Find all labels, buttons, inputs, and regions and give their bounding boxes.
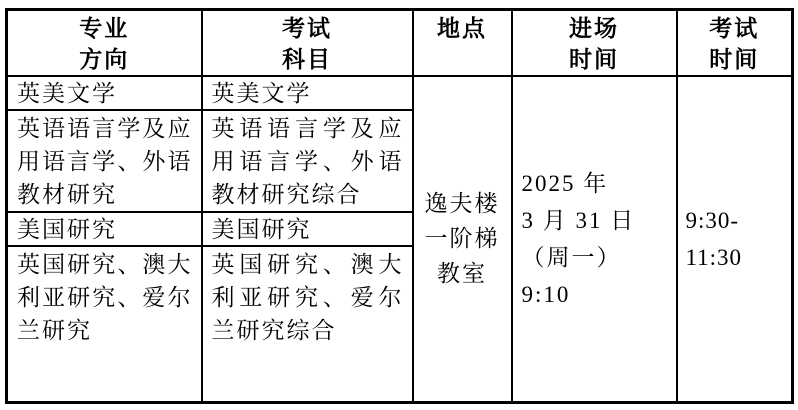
cell-location: 逸夫楼 一阶梯 教室 (413, 76, 512, 402)
header-exam-time: 考试 时间 (677, 10, 793, 77)
cell-major-4: 英国研究、澳大利亚研究、爱尔兰研究 (7, 246, 202, 402)
cell-entry-time: 2025 年 3 月 31 日 （周一） 9:10 (512, 76, 677, 402)
header-exam-subject: 考试 科目 (202, 10, 413, 77)
cell-major-2: 英语语言学及应用语言学、外语教材研究 (7, 110, 202, 212)
cell-exam-time: 9:30- 11:30 (677, 76, 793, 402)
header-row: 专业 方向 考试 科目 地点 进场 时间 考试 时间 (7, 10, 793, 77)
cell-subject-3: 美国研究 (202, 212, 413, 246)
exam-schedule-table: 专业 方向 考试 科目 地点 进场 时间 考试 时间 英美文学 英美文学 逸夫楼… (5, 8, 794, 404)
header-major-direction: 专业 方向 (7, 10, 202, 77)
cell-major-3: 美国研究 (7, 212, 202, 246)
header-entry-time: 进场 时间 (512, 10, 677, 77)
cell-subject-2: 英语语言学及应用语言学、外语教材研究综合 (202, 110, 413, 212)
table-row: 英美文学 英美文学 逸夫楼 一阶梯 教室 2025 年 3 月 31 日 （周一… (7, 76, 793, 110)
header-location: 地点 (413, 10, 512, 77)
cell-subject-4: 英国研究、澳大利亚研究、爱尔兰研究综合 (202, 246, 413, 402)
exam-schedule-page: 专业 方向 考试 科目 地点 进场 时间 考试 时间 英美文学 英美文学 逸夫楼… (0, 0, 798, 410)
cell-major-1: 英美文学 (7, 76, 202, 110)
cell-subject-1: 英美文学 (202, 76, 413, 110)
